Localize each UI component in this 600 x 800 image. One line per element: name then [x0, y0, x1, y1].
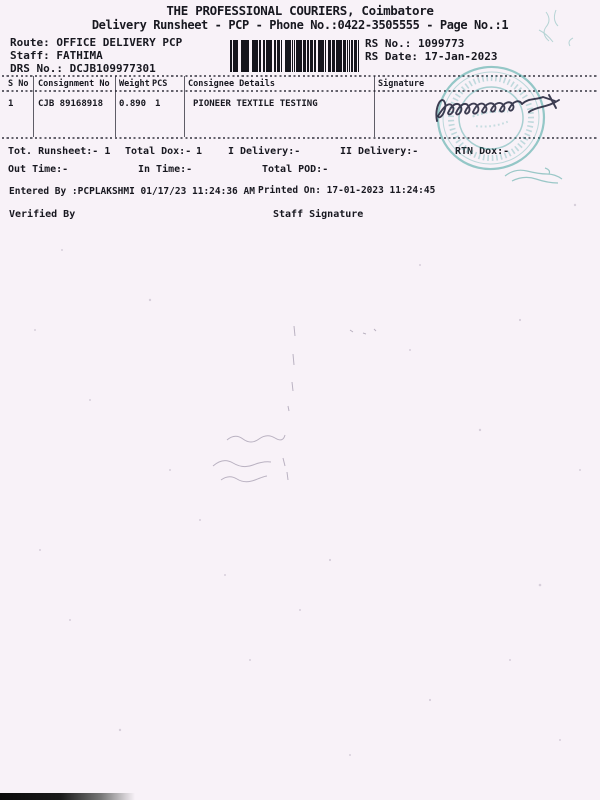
table-column-divider [33, 76, 34, 137]
rs-date-field: RS Date: 17-Jan-2023 [365, 51, 497, 63]
entered-by: Entered By :PCPLAKSHMI 01/17/23 11:24:36… [9, 187, 255, 197]
i-delivery: I Delivery:- [228, 146, 300, 157]
cell-weight: 0.890 [119, 100, 146, 110]
company-stamp-icon [433, 62, 549, 174]
drs-no-field: DRS No.: DCJB109977301 [10, 63, 156, 75]
barcode-icon [230, 40, 360, 72]
ii-delivery: II Delivery:- [340, 146, 418, 157]
cell-pcs: 1 [155, 100, 160, 110]
route-field: Route: OFFICE DELIVERY PCP [10, 37, 182, 49]
table-column-divider [374, 76, 375, 137]
cell-s-no: 1 [8, 100, 13, 110]
col-header-s-no: S No [8, 80, 28, 89]
in-time: In Time:- [138, 164, 192, 175]
total-runsheet: Tot. Runsheet:- 1 [8, 146, 110, 157]
table-header-border [2, 90, 598, 92]
col-header-signature: Signature [378, 80, 424, 89]
total-dox-label: Total Dox:- [125, 146, 191, 157]
out-time: Out Time:- [8, 164, 68, 175]
total-pod: Total POD:- [262, 164, 328, 175]
staff-field: Staff: FATHIMA [10, 50, 103, 62]
staff-signature-label: Staff Signature [273, 209, 363, 220]
table-column-divider [184, 76, 185, 137]
scan-edge-artifact [0, 793, 135, 800]
table-column-divider [115, 76, 116, 137]
col-header-consignment-no: Consignment No [38, 80, 110, 89]
col-header-weight: Weight [119, 80, 150, 89]
verified-by: Verified By [9, 209, 75, 220]
col-header-consignee-details: Consignee Details [188, 80, 275, 89]
rtn-dox: RTN Dox:- [455, 146, 509, 157]
table-bottom-border [2, 137, 598, 139]
table-top-border [2, 75, 598, 77]
cell-consignee: PIONEER TEXTILE TESTING [193, 100, 318, 110]
scanned-delivery-runsheet: THE PROFESSIONAL COURIERS, Coimbatore De… [0, 0, 600, 800]
scan-artifacts [0, 0, 600, 800]
document-title: THE PROFESSIONAL COURIERS, Coimbatore [0, 4, 600, 18]
rs-no-field: RS No.: 1099773 [365, 38, 464, 50]
signature-scrawl [433, 88, 565, 132]
total-dox-value: 1 [196, 146, 202, 157]
printed-on: Printed On: 17-01-2023 11:24:45 [258, 186, 435, 196]
col-header-pcs: PCS [152, 80, 167, 89]
cell-consignment-no: CJB 89168918 [38, 100, 103, 110]
document-subtitle: Delivery Runsheet - PCP - Phone No.:0422… [0, 19, 600, 32]
